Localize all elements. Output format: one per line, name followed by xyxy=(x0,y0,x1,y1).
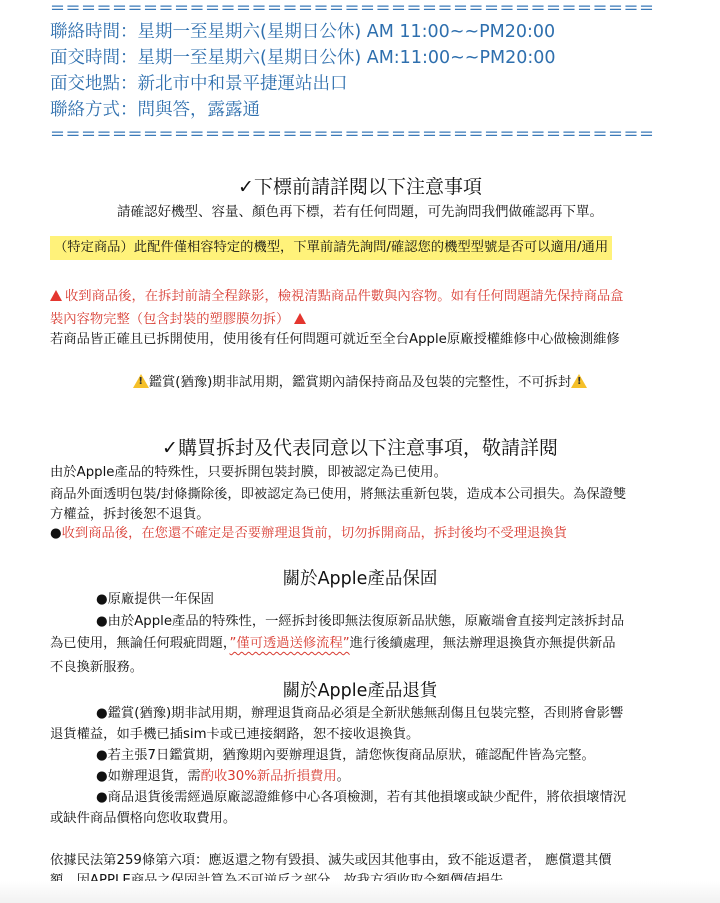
notice-subtitle: 請確認好機型、容量、顏色再下標，若有任何問題，可先詢問我們做確認再下單。 xyxy=(0,200,720,220)
red-warning-text1: 收到商品後，在拆封前請全程錄影，檢視清點商品件數與內容物。如有任何問題請先保持商… xyxy=(65,289,623,304)
red-warning-text2: 裝內容物完整（包含封裝的塑膠膜勿拆） xyxy=(50,312,289,327)
purchase-title: ✓購買拆封及代表同意以下注意事項，敬請詳閱 xyxy=(0,433,720,460)
compatibility-highlight: （特定商品）此配件僅相容特定的機型，下單前請先詢問/確認您的機型型號是否可以適用… xyxy=(50,236,612,260)
return-item-2: ●若主張7日鑑賞期，猶豫期內要辦理退貨，請您恢復商品原狀，確認配件皆為完整。 xyxy=(96,744,595,763)
purchase-red-text: 收到商品後，在您還不確定是否要辦理退貨前，切勿拆開商品，拆封後均不受理退換貨 xyxy=(62,526,567,541)
warranty-item-2-line3: 不良換新服務。 xyxy=(50,656,143,675)
purchase-red-line: ●收到商品後，在您還不確定是否要辦理退貨前，切勿拆開商品，拆封後均不受理退換貨 xyxy=(50,522,567,541)
purchase-line-2: 商品外面透明包裝/封條撕除後，即被認定為已使用，將無法重新包裝，造成本公司損失。… xyxy=(50,483,626,502)
warranty-item-2-line2: 為已使用，無論任何瑕疵問題，”僅可透過送修流程”進行後續處理，無法辦理退換貨亦無… xyxy=(50,632,616,651)
return-title: 關於Apple產品退貨 xyxy=(0,677,720,702)
caution-text: 鑑賞(猶豫)期非試用期，鑑賞期內請保持商品及包裝的完整性，不可拆封 xyxy=(149,375,572,390)
return-item-4-line1: ●商品退貨後需經過原廠認證維修中心各項檢測，若有其他損壞或缺少配件，將依損壞情況 xyxy=(96,786,626,805)
warranty-title: 關於Apple產品保固 xyxy=(0,565,720,590)
warranty-text-pre: 為已使用，無論任何瑕疵問題， xyxy=(50,636,230,651)
return-fee-post: 。 xyxy=(337,769,350,784)
notice-title: ✓下標前請詳閱以下注意事項 xyxy=(0,172,720,199)
return-item-1-line2: 退貨權益，如手機已插sim卡或已連接網路，恕不接收退換貨。 xyxy=(50,723,419,742)
repair-process-emphasis: ”僅可透過送修流程” xyxy=(230,636,350,651)
warranty-text-post: 進行後續處理，無法辦理退換貨亦無提供新品 xyxy=(350,636,616,651)
return-item-3: ●如辦理退貨，需酌收30%新品折損費用。 xyxy=(96,765,350,784)
return-fee-emphasis: 酌收30%新品折損費用 xyxy=(201,769,337,784)
bottom-fade xyxy=(0,881,720,903)
warranty-item-2-line1: ●由於Apple產品的特殊性，一經拆封後即無法復原新品狀態，原廠端會直接判定該拆… xyxy=(96,610,624,629)
warning-triangle-icon xyxy=(50,290,62,301)
contact-hours: 聯絡時間：星期一至星期六(星期日公休) AM 11:00~~PM20:00 xyxy=(50,19,555,45)
return-item-4-line2: 或缺件商品價格向您收取費用。 xyxy=(50,807,236,826)
contact-method: 聯絡方式：問與答，露露通 xyxy=(50,97,260,123)
legal-line-1: 依據民法第259條第六項：應返還之物有毀損、滅失或因其他事由，致不能返還者， 應… xyxy=(50,849,611,868)
caution-line: 鑑賞(猶豫)期非試用期，鑑賞期內請保持商品及包裝的完整性，不可拆封 xyxy=(0,371,720,390)
return-item-1-line1: ●鑑賞(猶豫)期非試用期，辦理退貨商品必須是全新狀態無刮傷且包裝完整，否則將會影… xyxy=(96,702,623,721)
bullet: ● xyxy=(50,526,62,541)
top-separator: ＝＝＝＝＝＝＝＝＝＝＝＝＝＝＝＝＝＝＝＝＝＝＝＝＝＝＝＝＝＝＝＝＝＝＝＝＝＝＝ xyxy=(50,0,662,16)
caution-icon xyxy=(571,374,587,388)
return-fee-pre: ●如辦理退貨，需 xyxy=(96,769,201,784)
caution-icon xyxy=(133,374,149,388)
warning-triangle-icon xyxy=(294,313,306,324)
warranty-item-1: ●原廠提供一年保固 xyxy=(96,588,214,607)
bottom-separator: ＝＝＝＝＝＝＝＝＝＝＝＝＝＝＝＝＝＝＝＝＝＝＝＝＝＝＝＝＝＝＝＝＝＝＝＝＝＝＝ xyxy=(50,126,662,142)
meetup-location: 面交地點：新北市中和景平捷運站出口 xyxy=(50,71,348,97)
red-warning-line1: 收到商品後，在拆封前請全程錄影，檢視清點商品件數與內容物。如有任何問題請先保持商… xyxy=(50,285,623,304)
after-warning-text: 若商品皆正確且已拆開使用，使用後有任何問題可就近至全台Apple原廠授權維修中心… xyxy=(50,328,620,347)
red-warning-line2: 裝內容物完整（包含封裝的塑膠膜勿拆） xyxy=(50,308,309,327)
purchase-line-3: 方權益，拆封後恕不退貨。 xyxy=(50,503,210,522)
purchase-line-1: 由於Apple產品的特殊性，只要拆開包裝封膜，即被認定為已使用。 xyxy=(50,461,447,480)
meetup-hours: 面交時間：星期一至星期六(星期日公休) AM:11:00~~PM20:00 xyxy=(50,45,556,71)
